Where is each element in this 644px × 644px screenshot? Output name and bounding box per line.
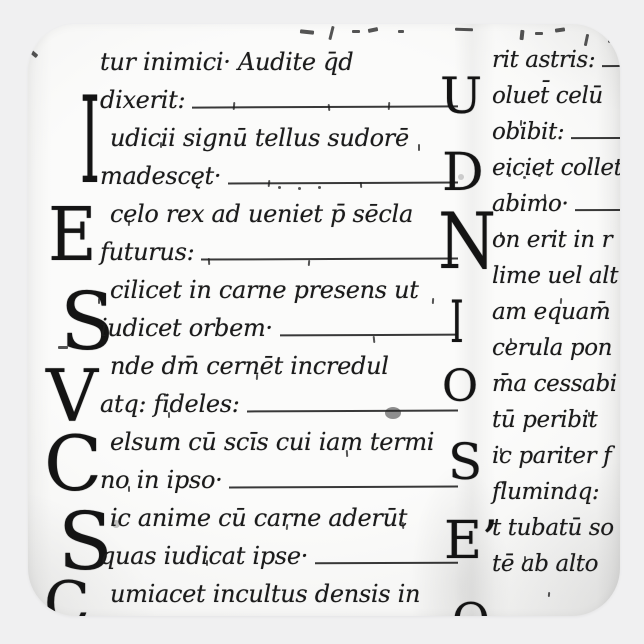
line-filler — [315, 562, 458, 565]
drop-cap-O: O — [442, 365, 478, 409]
line-text: t tubatū so — [492, 515, 614, 541]
drop-cap-C: C — [44, 574, 90, 616]
text-line: E’ t tubatū so — [488, 515, 620, 551]
text-line: N on erit in r — [488, 227, 620, 263]
line-filler — [247, 410, 458, 413]
line-text: eiciet collet — [492, 155, 620, 181]
line-text: madescęt· — [100, 162, 221, 190]
line-text: quas iudicat ipse· — [100, 542, 308, 570]
text-line: tē ab alto — [488, 551, 620, 587]
line-text: futurus: — [100, 238, 194, 266]
text-line: S cilicet in carne presens ut — [52, 276, 462, 314]
text-line: quas iudicat ipse· — [52, 542, 462, 580]
text-line: C umiacet incultus densis in — [52, 580, 462, 616]
text-line: C elsum cū scīs cui iam termi — [52, 428, 462, 466]
line-filler — [602, 65, 620, 67]
line-text: nde dm̄ cernēt incredul — [110, 352, 389, 380]
text-line: O m̄a cessabi — [488, 371, 620, 407]
text-line: obibit: — [488, 119, 620, 155]
line-text: dixerit: — [100, 86, 185, 114]
text-line: fluminaq: — [488, 479, 620, 515]
text-line: atq: fideles: — [52, 390, 462, 428]
text-line: no in ipso· — [52, 466, 462, 504]
line-text: obibit: — [492, 119, 564, 145]
line-filler — [575, 209, 620, 211]
drop-cap-D: D — [442, 147, 483, 199]
line-filler — [201, 257, 458, 260]
line-filler — [228, 181, 458, 184]
line-text: tē ab alto — [492, 551, 598, 577]
line-filler — [571, 137, 620, 139]
text-line: abimo· — [488, 191, 620, 227]
text-line: E celo rex ad ueniet p̄ sēcla — [52, 200, 462, 238]
line-text: fluminaq: — [492, 479, 599, 505]
text-line: I am equam̄ — [488, 299, 620, 335]
line-filler — [280, 334, 458, 337]
text-line: futurus: — [52, 238, 462, 276]
line-text: elsum cū scīs cui iam termi — [110, 428, 434, 456]
drop-cap-U: U — [440, 71, 482, 121]
line-text: ic anime cū carne aderūt — [110, 504, 407, 532]
text-line: cerula pon — [488, 335, 620, 371]
line-text: am equam̄ — [492, 299, 610, 325]
text-line: D eiciet collet — [488, 155, 620, 191]
text-line: iudicet orbem· — [52, 314, 462, 352]
drop-cap-I: I — [450, 293, 464, 351]
text-line: tū peribit — [488, 407, 620, 443]
text-line: lime uel alt — [488, 263, 620, 299]
line-text: m̄a cessabi — [492, 371, 617, 397]
line-filler — [229, 486, 458, 489]
text-line: tur inimici· Audite q̄d — [52, 48, 462, 86]
drop-cap-S: S — [448, 437, 482, 487]
text-line: U oluet̄ celū — [488, 83, 620, 119]
text-line: I udicii signū tellus sudorē — [52, 124, 462, 162]
text-line: O — [488, 587, 620, 616]
line-text: umiacet incultus densis in — [110, 580, 420, 608]
line-text: udicii signū tellus sudorē — [110, 124, 409, 152]
line-text: oluet̄ celū — [492, 83, 603, 109]
line-text: rit astris: — [492, 47, 595, 73]
text-line: madescęt· — [52, 162, 462, 200]
line-text: tū peribit — [492, 407, 597, 433]
text-line: V nde dm̄ cernēt incredul — [52, 352, 462, 390]
right-text-column: rit astris: U oluet̄ celū obibit: D eici… — [488, 47, 620, 616]
line-text: on erit in r — [492, 227, 612, 253]
line-text: celo rex ad ueniet p̄ sēcla — [110, 200, 413, 228]
text-line: dixerit: — [52, 86, 462, 124]
line-text: abimo· — [492, 191, 568, 217]
text-line: S ic pariter f — [488, 443, 620, 479]
line-text: tur inimici· Audite q̄d — [100, 48, 353, 76]
line-text: ic pariter f — [492, 443, 611, 469]
line-text: cilicet in carne presens ut — [110, 276, 419, 304]
text-line: rit astris: — [488, 47, 620, 83]
line-text: iudicet orbem· — [100, 314, 273, 342]
drop-cap-O: O — [452, 597, 489, 616]
square-sticker: tur inimici· Audite q̄d dixerit: I udici… — [28, 24, 620, 616]
left-text-column: tur inimici· Audite q̄d dixerit: I udici… — [52, 48, 462, 616]
line-text: no in ipso· — [100, 466, 222, 494]
line-text: lime uel alt — [492, 263, 618, 289]
